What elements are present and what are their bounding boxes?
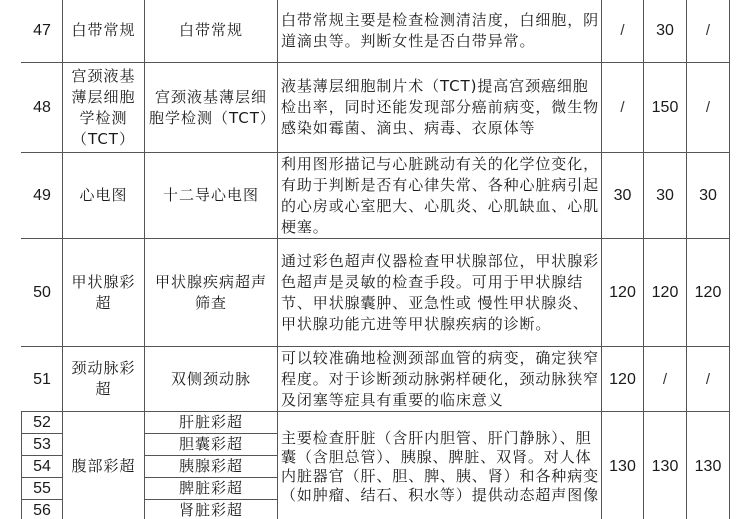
exam-description: 可以较准确地检测颈部血管的病变，确定狭窄程度。对于诊断颈动脉粥样硬化，颈动脉狭窄… [278,347,602,412]
row-number: 48 [22,63,63,153]
price-b: 150 [644,63,687,153]
table-row: 49 心电图 十二导心电图 利用图形描记与心脏跳动有关的化学位变化，有助于判断是… [22,153,730,239]
table-row: 51 颈动脉彩超 双侧颈动脉 可以较准确地检测颈部血管的病变，确定狭窄程度。对于… [22,347,730,412]
row-number: 54 [22,456,63,478]
price-c: 130 [687,412,730,519]
row-number: 49 [22,153,63,239]
price-a: 120 [602,347,644,412]
exam-item: 肝脏彩超 [145,412,278,434]
exam-description: 利用图形描记与心脏跳动有关的化学位变化，有助于判断是否有心律失常、各种心脏病引起… [278,153,602,239]
exam-category: 颈动脉彩超 [63,347,145,412]
exam-item: 脾脏彩超 [145,478,278,500]
exam-description: 通过彩色超声仪器检查甲状腺部位，甲状腺彩色超声是灵敏的检查手段。可用于甲状腺结节… [278,239,602,347]
price-c: 120 [687,239,730,347]
row-number: 51 [22,347,63,412]
price-a: 120 [602,239,644,347]
row-number: 50 [22,239,63,347]
exam-item: 十二导心电图 [145,153,278,239]
table-row: 48 宫颈液基薄层细胞学检测（TCT） 宫颈液基薄层细胞学检测（TCT） 液基薄… [22,63,730,153]
price-a: / [602,0,644,63]
exam-item: 胆囊彩超 [145,434,278,456]
row-number: 56 [22,500,63,519]
price-a: 30 [602,153,644,239]
exam-item: 宫颈液基薄层细胞学检测（TCT） [145,63,278,153]
exam-item: 胰腺彩超 [145,456,278,478]
exam-description: 主要检查肝脏（含肝内胆管、肝门静脉）、胆囊（含胆总管）、胰腺、脾脏、双肾。对人体… [278,412,602,519]
price-b: / [644,347,687,412]
price-c: / [687,347,730,412]
price-b: 130 [644,412,687,519]
exam-description: 液基薄层细胞制片术（TCT)提高宫颈癌细胞检出率，同时还能发现部分癌前病变，微生… [278,63,602,153]
exam-description: 白带常规主要是检查检测清洁度，白细胞，阴道滴虫等。判断女性是否白带异常。 [278,0,602,63]
price-b: 30 [644,153,687,239]
price-a: 130 [602,412,644,519]
table-row: 52 腹部彩超 肝脏彩超 主要检查肝脏（含肝内胆管、肝门静脉）、胆囊（含胆总管）… [22,412,730,434]
exam-item: 甲状腺疾病超声筛查 [145,239,278,347]
table-row: 47 白带常规 白带常规 白带常规主要是检查检测清洁度，白细胞，阴道滴虫等。判断… [22,0,730,63]
exam-category: 宫颈液基薄层细胞学检测（TCT） [63,63,145,153]
exam-category: 腹部彩超 [63,412,145,519]
row-number: 47 [22,0,63,63]
price-c: / [687,63,730,153]
row-number: 53 [22,434,63,456]
price-c: / [687,0,730,63]
exam-item: 白带常规 [145,0,278,63]
price-b: 30 [644,0,687,63]
exam-item: 双侧颈动脉 [145,347,278,412]
exam-category: 心电图 [63,153,145,239]
exam-category: 白带常规 [63,0,145,63]
row-number: 55 [22,478,63,500]
price-a: / [602,63,644,153]
table-row: 50 甲状腺彩超 甲状腺疾病超声筛查 通过彩色超声仪器检查甲状腺部位，甲状腺彩色… [22,239,730,347]
price-b: 120 [644,239,687,347]
row-number: 52 [22,412,63,434]
exam-price-table: 47 白带常规 白带常规 白带常规主要是检查检测清洁度，白细胞，阴道滴虫等。判断… [21,0,730,519]
exam-category: 甲状腺彩超 [63,239,145,347]
price-c: 30 [687,153,730,239]
exam-item: 肾脏彩超 [145,500,278,519]
